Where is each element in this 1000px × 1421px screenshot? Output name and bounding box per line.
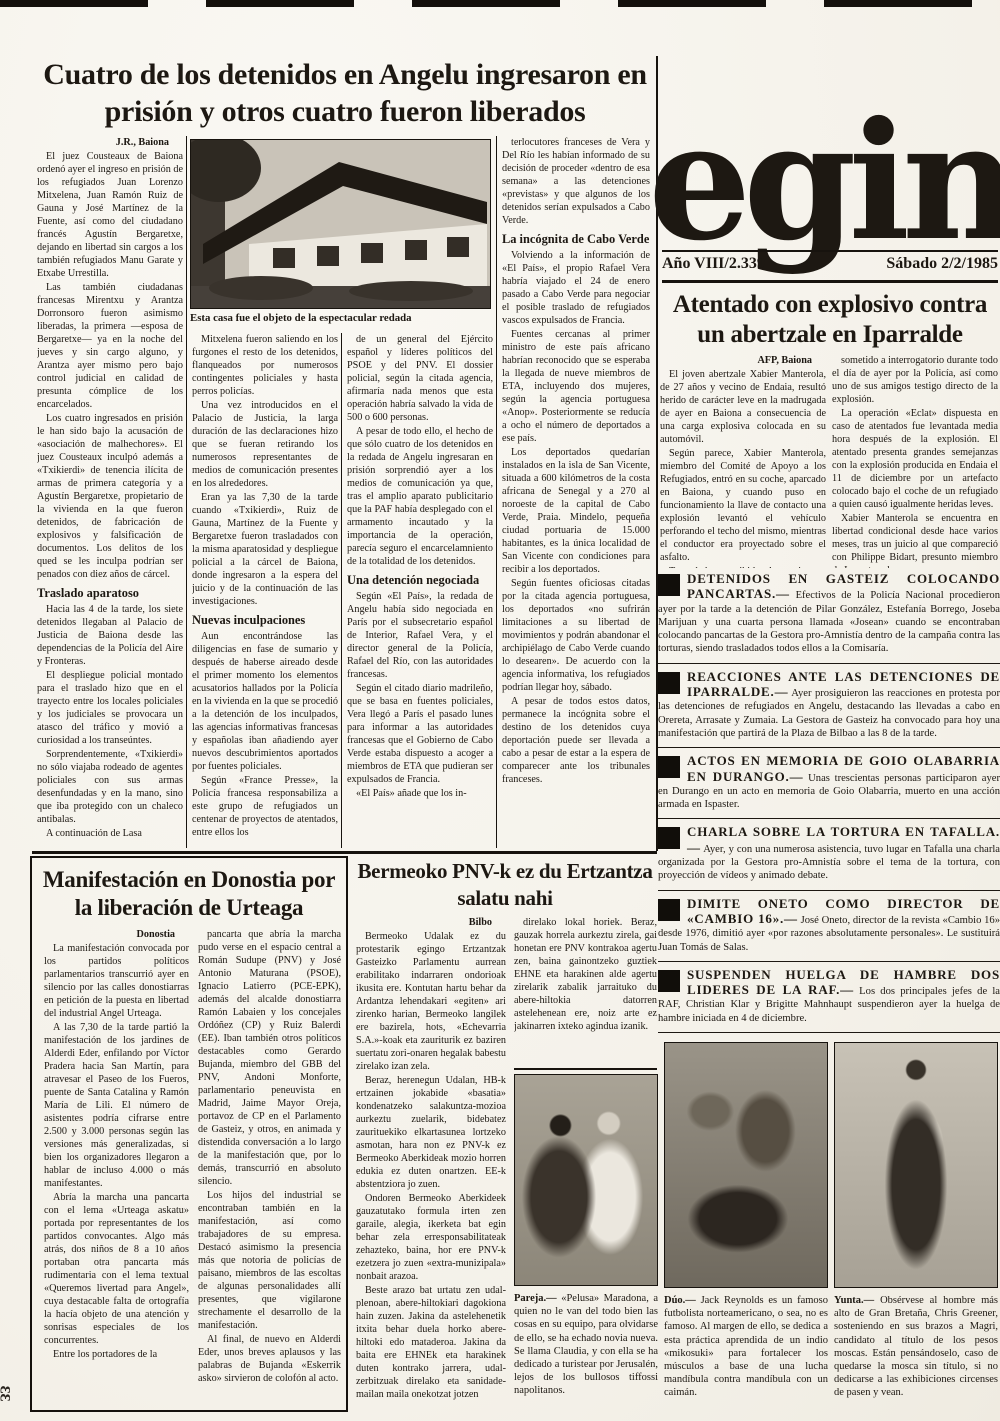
article-paragraph: Según el citado diario madrileño, que se… bbox=[347, 682, 493, 786]
news-briefs: DETENIDOS EN GASTEIZ COLOCANDO PANCARTAS… bbox=[658, 572, 1000, 1034]
bermeoko-headline: Bermeoko PNV-k ez du Ertzantza salatu na… bbox=[354, 858, 656, 912]
manifestacion-dateline: Donostia bbox=[44, 928, 189, 941]
brief-item: REACCIONES ANTE LAS DETENCIONES DE IPARR… bbox=[658, 663, 1000, 747]
black-square-bullet bbox=[658, 574, 680, 596]
article-paragraph: sometido a interrogatorio durante todo e… bbox=[832, 354, 998, 406]
atentado-column-1: AFP, Baiona El joven abertzale Xabier Ma… bbox=[660, 354, 826, 568]
photo-alligator-wrestler bbox=[664, 1042, 828, 1288]
article-subhead: Nuevas inculpaciones bbox=[192, 614, 338, 628]
lead-headline: Cuatro de los detenidos en Angelu ingres… bbox=[35, 56, 655, 130]
column-rule bbox=[186, 136, 187, 848]
caption-label: Dúo.— bbox=[664, 1295, 696, 1306]
article-paragraph: Al final, de nuevo en Alderdi Eder, unos… bbox=[198, 1333, 341, 1385]
column-rule bbox=[341, 333, 342, 848]
article-paragraph: Ondoren Bermeoko Aberkideek gauzatutako … bbox=[356, 1192, 506, 1283]
caption-text: Jack Reynolds es un famoso futbolista no… bbox=[664, 1295, 828, 1398]
page-top-edge-marks bbox=[0, 0, 1000, 7]
brief-item: CHARLA SOBRE LA TORTURA EN TAFALLA.— Aye… bbox=[658, 818, 1000, 889]
article-paragraph: Mitxelena fueron saliendo en los furgone… bbox=[192, 333, 338, 398]
lead-column-3: de un general del Ejército español y líd… bbox=[347, 333, 493, 848]
photo-tall-man-boxer bbox=[834, 1042, 998, 1288]
lead-byline: J.R., Baiona bbox=[37, 136, 183, 149]
black-square-bullet bbox=[658, 970, 680, 992]
article-paragraph: Volviendo a la información de «El País»,… bbox=[502, 249, 650, 327]
bermeoko-column-1: Bilbo Bermeoko Udalak ez du protestarik … bbox=[356, 916, 506, 1421]
caption-text: «Pelusa» Maradona, a quien no le van del… bbox=[514, 1293, 658, 1396]
article-paragraph: A pesar de todo ello, el hecho de que só… bbox=[347, 425, 493, 568]
brief-body: Ayer, y con una numerosa asistencia, tuv… bbox=[658, 844, 1000, 882]
article-paragraph: La manifestación convocada por los parti… bbox=[44, 942, 189, 1020]
lead-bottom-rule bbox=[32, 851, 657, 854]
lead-column-4: terlocutores franceses de Vera y Del Río… bbox=[502, 136, 650, 848]
article-paragraph: Hacia las 4 de la tarde, los siete deten… bbox=[37, 603, 183, 668]
article-paragraph: A las 7,30 de la tarde partió la manifes… bbox=[44, 1021, 189, 1190]
article-paragraph: Entre los portadores de la bbox=[44, 1348, 189, 1361]
edition-date: Sábado 2/2/1985 bbox=[886, 255, 998, 273]
article-paragraph: Las también ciudadanas francesas Mirentx… bbox=[37, 281, 183, 411]
photo-maradona-couple bbox=[514, 1074, 658, 1286]
atentado-column-2: sometido a interrogatorio durante todo e… bbox=[832, 354, 998, 568]
article-paragraph: Los deportados quedarían instalados en l… bbox=[502, 446, 650, 576]
article-paragraph: El despliegue policial montado para el t… bbox=[37, 669, 183, 747]
article-paragraph: Beraz, herenegun Udalan, HB-k ertzainen … bbox=[356, 1074, 506, 1191]
masthead-rule-top bbox=[662, 250, 998, 252]
article-paragraph: de un general del Ejército español y líd… bbox=[347, 333, 493, 424]
brief-item: DETENIDOS EN GASTEIZ COLOCANDO PANCARTAS… bbox=[658, 572, 1000, 663]
column-rule bbox=[496, 136, 497, 848]
article-subhead: La incógnita de Cabo Verde bbox=[502, 233, 650, 247]
article-subhead: Traslado aparatoso bbox=[37, 587, 183, 601]
article-paragraph: Los hijos del industrial se encontraban … bbox=[198, 1189, 341, 1332]
black-square-bullet bbox=[658, 827, 680, 849]
article-paragraph: Los cuatro ingresados en prisión le han … bbox=[37, 412, 183, 581]
article-paragraph: Según fuentes oficiosas citadas por la c… bbox=[502, 577, 650, 694]
article-paragraph: Según «France Presse», la Policía france… bbox=[192, 774, 338, 839]
article-paragraph: direlako lokal horiek. Beraz, gauzak hor… bbox=[514, 916, 657, 1033]
pareja-caption: Pareja.— «Pelusa» Maradona, a quien no l… bbox=[514, 1292, 658, 1420]
caption-label: Pareja.— bbox=[514, 1293, 557, 1304]
black-square-bullet bbox=[658, 756, 680, 778]
article-paragraph: Según «El País», la redada de Angelu hab… bbox=[347, 590, 493, 681]
photo-top-rule bbox=[514, 1068, 657, 1070]
article-paragraph: Xabier Manterola se encuentra en liberta… bbox=[832, 512, 998, 568]
bermeoko-dateline: Bilbo bbox=[356, 916, 506, 929]
brief-item: ACTOS EN MEMORIA DE GOIO OLABARRIA EN DU… bbox=[658, 747, 1000, 818]
fold-mark: ƐƐ bbox=[0, 1386, 12, 1402]
article-paragraph: Eran ya las 7,30 de la tarde cuando «Txi… bbox=[192, 491, 338, 608]
article-paragraph: Beste arazo bat urtatu zen udal-plenoan,… bbox=[356, 1284, 506, 1401]
newspaper-logo: egin bbox=[660, 26, 1000, 245]
black-square-bullet bbox=[658, 899, 680, 921]
yunta-caption: Yunta.— Obsérvese al hombre más alto de … bbox=[834, 1294, 998, 1420]
issue-number: Año VIII/2.339 bbox=[662, 255, 765, 273]
article-paragraph: pancarta que abría la marcha pudo verse … bbox=[198, 928, 341, 1188]
article-subhead: Una detención negociada bbox=[347, 574, 493, 588]
caption-label: Yunta.— bbox=[834, 1295, 874, 1306]
black-square-bullet bbox=[658, 672, 680, 694]
lead-photo-house bbox=[190, 139, 491, 309]
article-paragraph: Tras haber recibido los primeros auxilio… bbox=[660, 565, 826, 568]
article-paragraph: Fuentes cercanas al primer ministro de e… bbox=[502, 328, 650, 445]
duo-caption: Dúo.— Jack Reynolds es un famoso futboli… bbox=[664, 1294, 828, 1420]
manifestacion-column-1: Donostia La manifestación convocada por … bbox=[44, 928, 189, 1402]
article-paragraph: Según parece, Xabier Manterola, miembro … bbox=[660, 447, 826, 564]
lead-column-1: J.R., Baiona El juez Cousteaux de Baiona… bbox=[37, 136, 183, 848]
bermeoko-column-2: direlako lokal horiek. Beraz, gauzak hor… bbox=[514, 916, 657, 1066]
caption-text: Obsérvese al hombre más alto de Gran Bre… bbox=[834, 1295, 998, 1398]
atentado-byline: AFP, Baiona bbox=[660, 354, 826, 367]
brief-item: ACCIDENTE MORTAL EN KORELLA.— El joven d… bbox=[658, 1032, 1000, 1034]
article-paragraph: Abría la marcha una pancarta con el lema… bbox=[44, 1191, 189, 1347]
manifestacion-headline: Manifestación en Donostia por la liberac… bbox=[40, 866, 338, 922]
manifestacion-column-2: pancarta que abría la marcha pudo verse … bbox=[198, 928, 341, 1402]
article-paragraph: «El País» añade que los in- bbox=[347, 787, 493, 800]
article-paragraph: A continuación de Lasa bbox=[37, 827, 183, 840]
article-paragraph: terlocutores franceses de Vera y Del Río… bbox=[502, 136, 650, 227]
lead-photo-caption: Esta casa fue el objeto de la espectacul… bbox=[190, 312, 491, 328]
article-paragraph: Una vez introducidos en el Palacio de Ju… bbox=[192, 399, 338, 490]
article-paragraph: Aun encontrándose las diligencias en fas… bbox=[192, 630, 338, 773]
article-paragraph: El joven abertzale Xabier Manterola, de … bbox=[660, 368, 826, 446]
atentado-headline: Atentado con explosivo contra un abertza… bbox=[660, 290, 1000, 350]
article-paragraph: A pesar de todos estos datos, permanece … bbox=[502, 695, 650, 786]
newspaper-front-page: ƐƐ Cuatro de los detenidos en Angelu ing… bbox=[0, 0, 1000, 1421]
masthead-rule-bottom bbox=[662, 280, 998, 283]
lead-column-2: Mitxelena fueron saliendo en los furgone… bbox=[192, 333, 338, 848]
masthead-dateline: Año VIII/2.339 Sábado 2/2/1985 bbox=[662, 255, 998, 273]
brief-item: DIMITE ONETO COMO DIRECTOR DE «CAMBIO 16… bbox=[658, 890, 1000, 961]
article-paragraph: La operación «Eclat» dispuesta en caso d… bbox=[832, 407, 998, 511]
brief-item: SUSPENDEN HUELGA DE HAMBRE DOS LIDERES D… bbox=[658, 961, 1000, 1032]
article-paragraph: Bermeoko Udalak ez du protestarik egingo… bbox=[356, 930, 506, 1073]
house-illustration bbox=[191, 140, 490, 308]
article-paragraph: Sorprendentemente, «Txikierdi» no sólo v… bbox=[37, 748, 183, 826]
article-paragraph: El juez Cousteaux de Baiona ordenó ayer … bbox=[37, 150, 183, 280]
